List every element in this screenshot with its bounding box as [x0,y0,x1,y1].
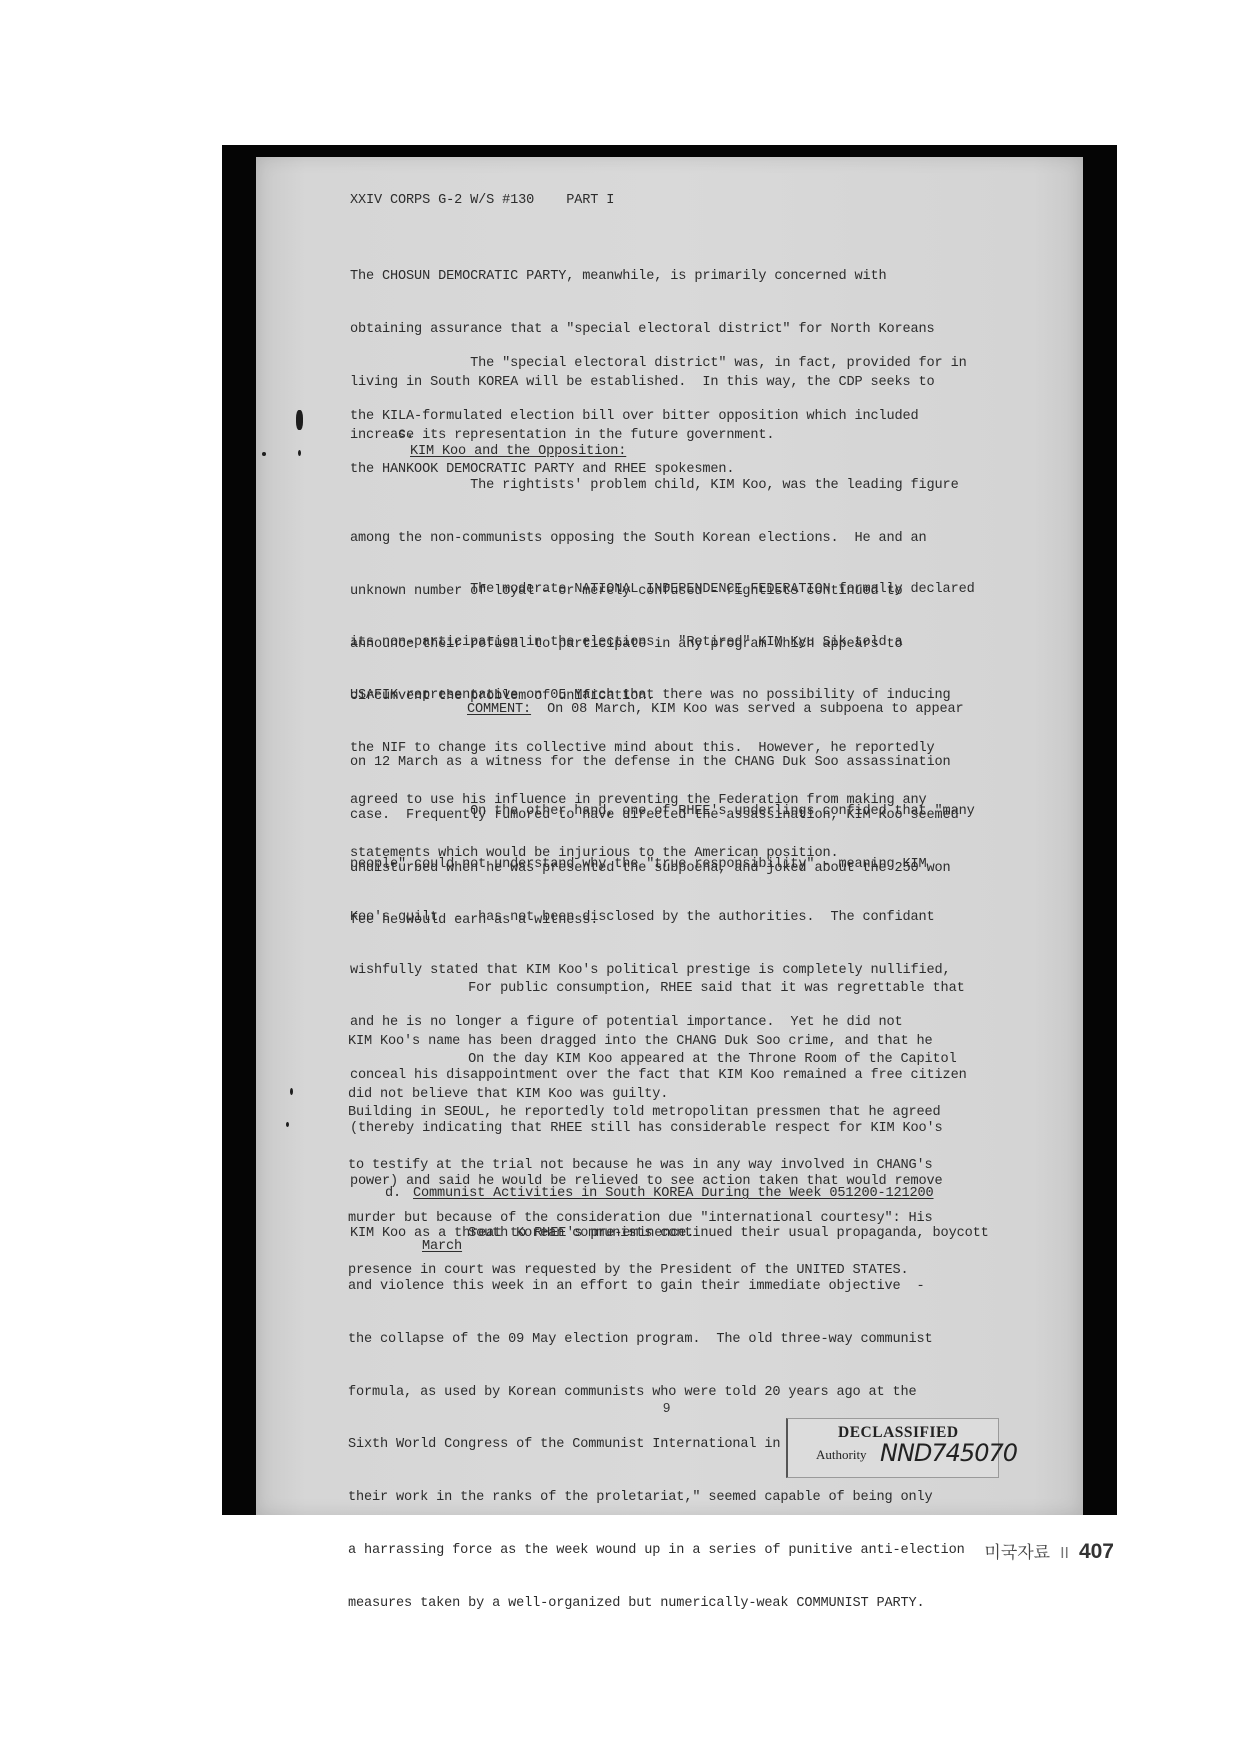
footer-page-number: 407 [1079,1540,1114,1564]
comment-label: COMMENT: [467,702,531,717]
margin-speck [286,1122,289,1127]
stamp-authority-number: NND745070 [880,1439,1017,1467]
margin-speck [262,452,266,456]
footer-section-label: 미국자료 [984,1538,1050,1563]
margin-speck [290,1088,293,1095]
document-header: XXIV CORPS G-2 W/S #130 PART I [350,192,614,210]
book-footer: 미국자료 II 407 [984,1538,1114,1564]
stamp-authority-label: Authority [816,1447,867,1463]
footer-separator: II [1060,1544,1069,1562]
margin-speck [298,450,301,456]
document-page-number: 9 [663,1400,670,1415]
declassified-stamp: DECLASSIFIED Authority NND745070 [786,1418,999,1478]
punch-hole-mark [296,410,303,430]
